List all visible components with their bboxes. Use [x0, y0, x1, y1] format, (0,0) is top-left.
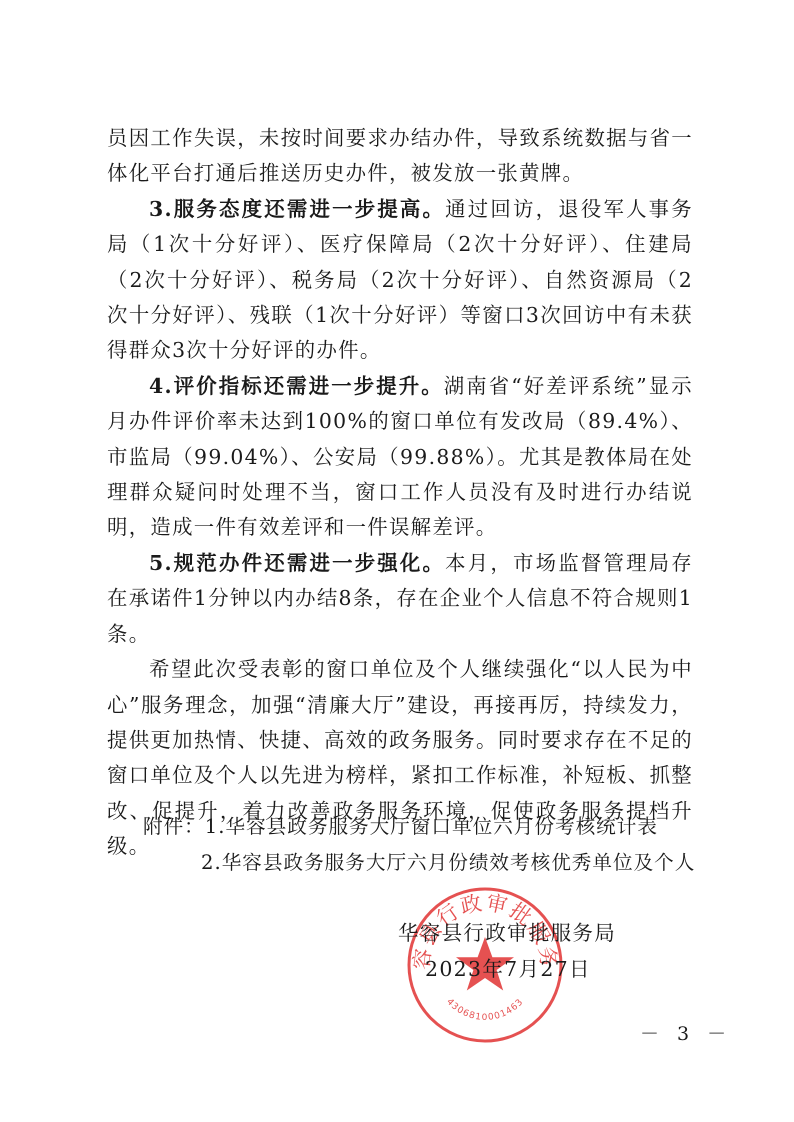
paragraph-evaluation-index: 4.评价指标还需进一步提升。湖南省“好差评系统”显示月办件评价率未达到100%的… — [107, 369, 693, 546]
attachment-item: 2.华容县政务服务大厅六月份绩效考核优秀单位及个人 — [143, 845, 695, 881]
paragraph-lead: 4.评价指标还需进一步提升。 — [149, 374, 444, 398]
signature-block: 华容县行政审批服务局 2023年7月27日 — [398, 915, 616, 987]
paragraph-standard-handling: 5.规范办件还需进一步强化。本月，市场监督管理局存在承诺件1分钟以内办结8条，存… — [107, 546, 693, 652]
paragraph-lead: 5.规范办件还需进一步强化。 — [149, 551, 445, 575]
attachment-title: 1.华容县政务服务大厅窗口单位六月份考核统计表 — [205, 815, 658, 838]
paragraph-service-attitude: 3.服务态度还需进一步提高。通过回访，退役军人事务局（1次十分好评）、医疗保障局… — [107, 192, 693, 369]
issue-date: 2023年7月27日 — [398, 951, 616, 987]
paragraph-1: 员因工作失误，未按时间要求办结办件，导致系统数据与省一体化平台打通后推送历史办件… — [107, 121, 693, 192]
paragraph-text: 湖南省“好差评系统”显示月办件评价率未达到100%的窗口单位有发改局（89.4%… — [107, 374, 693, 540]
paragraph-text: 员因工作失误，未按时间要求办结办件，导致系统数据与省一体化平台打通后推送历史办件… — [107, 126, 693, 185]
attachment-item: 附件：1.华容县政务服务大厅窗口单位六月份考核统计表 — [143, 809, 695, 845]
svg-text:4306810001463: 4306810001463 — [444, 997, 526, 1023]
paragraph-lead: 3.服务态度还需进一步提高。 — [149, 197, 445, 221]
issuing-organization: 华容县行政审批服务局 — [398, 915, 616, 951]
attachment-title: 2.华容县政务服务大厅六月份绩效考核优秀单位及个人 — [201, 851, 695, 874]
seal-code: 4306810001463 — [444, 997, 526, 1023]
document-page: 员因工作失误，未按时间要求办结办件，导致系统数据与省一体化平台打通后推送历史办件… — [0, 0, 794, 1122]
attachments-label: 附件： — [143, 815, 205, 838]
attachments-list: 附件：1.华容县政务服务大厅窗口单位六月份考核统计表 2.华容县政务服务大厅六月… — [143, 809, 695, 881]
paragraph-text: 通过回访，退役军人事务局（1次十分好评）、医疗保障局（2次十分好评）、住建局（2… — [107, 197, 693, 363]
page-number: － 3 － — [640, 1019, 732, 1046]
body-text: 员因工作失误，未按时间要求办结办件，导致系统数据与省一体化平台打通后推送历史办件… — [107, 121, 693, 865]
